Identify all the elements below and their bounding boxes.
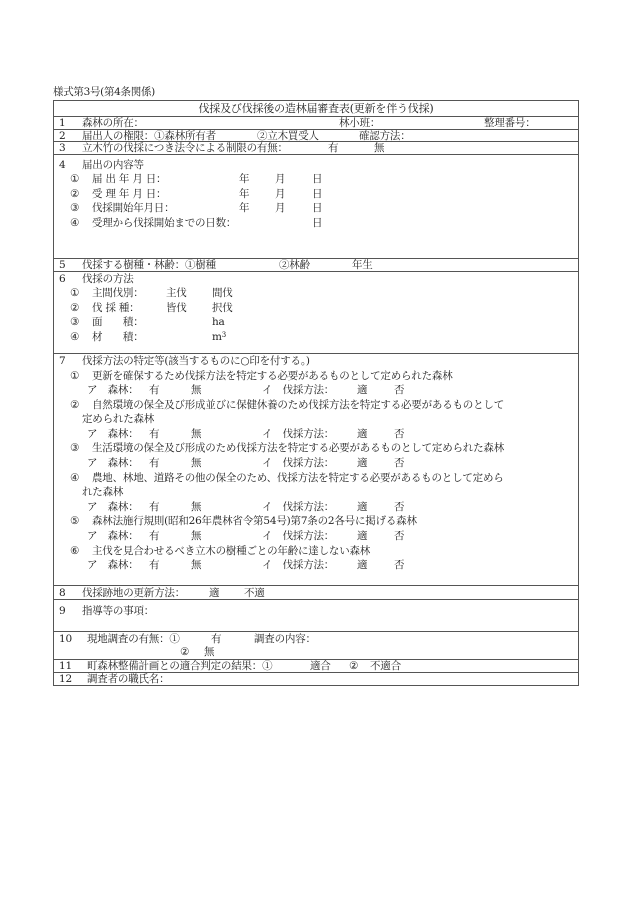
forest-yes-option[interactable]: 有 bbox=[149, 501, 159, 513]
forest-category-text: 更新を確保するため伐採方法を特定する必要があるものとして定められた森林 bbox=[92, 370, 453, 382]
method-label: イ 伐採方法： bbox=[262, 457, 334, 469]
forest-yes-option[interactable]: 有 bbox=[149, 530, 159, 542]
forest-no-option[interactable]: 無 bbox=[191, 384, 201, 396]
thinning-option[interactable]: 間伐 bbox=[212, 287, 233, 299]
forest-no-option[interactable]: 無 bbox=[191, 501, 201, 513]
forest-label: ア 森林： bbox=[87, 384, 139, 396]
row-regeneration-method: 8 伐採跡地の更新方法： 適 不適 bbox=[54, 585, 578, 599]
circled-number: ① bbox=[70, 173, 79, 185]
day-field[interactable]: 日 bbox=[312, 202, 322, 214]
area-label: 面 積： bbox=[92, 316, 144, 328]
felling-type-line: ② 伐 採 種： 皆伐 択伐 bbox=[54, 302, 578, 314]
conformity-ng-option[interactable]: 不適合 bbox=[370, 660, 401, 672]
method-label: イ 伐採方法： bbox=[262, 428, 334, 440]
method-label: イ 伐採方法： bbox=[262, 559, 334, 571]
volume-line: ④ 材 積： m3 bbox=[54, 331, 578, 343]
forest-method-options: ア 森林： 有 無 イ 伐採方法： 適 否 bbox=[54, 559, 578, 571]
method-ng-option[interactable]: 否 bbox=[394, 501, 404, 513]
row-plan-conformity: 11 町森林整備計画との適合判定の結果：① 適合 ② 不適合 bbox=[54, 659, 578, 672]
circled-number: ⑥ bbox=[70, 545, 79, 557]
circled-number: ③ bbox=[70, 442, 79, 454]
notification-details-label: 届出の内容等 bbox=[82, 159, 144, 171]
surveyor-name-field[interactable]: 調査者の職氏名： bbox=[87, 673, 169, 685]
row-forest-location: 1 森林の所在： 林小班： 整理番号： bbox=[54, 116, 578, 129]
sub-compartment-field[interactable]: 林小班： bbox=[339, 117, 380, 129]
days-until-felling-label: 受理から伐採開始までの日数： bbox=[92, 217, 236, 229]
forest-label: ア 森林： bbox=[87, 457, 139, 469]
circled-number: ① bbox=[70, 370, 79, 382]
regeneration-method-label: 伐採跡地の更新方法： bbox=[82, 587, 185, 599]
circled-number: ⑤ bbox=[70, 515, 79, 527]
forest-category-text: 生活環境の保全及び形成のため伐採方法を特定する必要があるものとして定められた森林 bbox=[92, 442, 504, 454]
method-ok-option[interactable]: 適 bbox=[357, 530, 367, 542]
row-felling-method: 6 伐採の方法 ① 主間伐別： 主伐 間伐 ② 伐 採 種： 皆伐 択伐 ③ 面… bbox=[54, 271, 578, 353]
forest-category-text: 自然環境の保全及び形成並びに保健休養のため伐採方法を特定する必要があるものとして bbox=[92, 399, 504, 411]
restriction-no-option[interactable]: 無 bbox=[374, 142, 384, 154]
age-unit-label: 年生 bbox=[352, 259, 373, 271]
circled-number: ① bbox=[70, 287, 79, 299]
receipt-date-line: ② 受 理 年 月 日： 年 月 日 bbox=[54, 188, 578, 200]
year-field[interactable]: 年 bbox=[239, 173, 249, 185]
tree-species-field[interactable]: 伐採する樹種・林齢：①樹種 bbox=[82, 259, 216, 271]
main-thinning-line: ① 主間伐別： 主伐 間伐 bbox=[54, 287, 578, 299]
selective-cut-option[interactable]: 択伐 bbox=[212, 302, 233, 314]
area-line: ③ 面 積： ha bbox=[54, 316, 578, 328]
method-ok-option[interactable]: 適 bbox=[357, 501, 367, 513]
row-legal-restriction: 3 立木竹の伐採につき法令による制限の有無： 有 無 bbox=[54, 141, 578, 154]
row-species-age: 5 伐採する樹種・林齢：①樹種 ②林齢 年生 bbox=[54, 258, 578, 271]
circled-number: ② bbox=[70, 188, 79, 200]
row-surveyor-name: 12 調査者の職氏名： bbox=[54, 672, 578, 685]
day-field[interactable]: 日 bbox=[312, 188, 322, 200]
clear-cut-option[interactable]: 皆伐 bbox=[166, 302, 187, 314]
method-label: イ 伐採方法： bbox=[262, 384, 334, 396]
forest-label: ア 森林： bbox=[87, 559, 139, 571]
volume-label: 材 積： bbox=[92, 331, 144, 343]
row-notification-details: 4 届出の内容等 ① 届 出 年 月 日： 年 月 日 ② 受 理 年 月 日：… bbox=[54, 154, 578, 258]
notification-date-label: 届 出 年 月 日： bbox=[92, 173, 166, 185]
survey-no-option[interactable]: 無 bbox=[204, 646, 214, 658]
felling-start-date-line: ③ 伐採開始年月日： 年 月 日 bbox=[54, 202, 578, 214]
forest-no-option[interactable]: 無 bbox=[191, 530, 201, 542]
notification-date-line: ① 届 出 年 月 日： 年 月 日 bbox=[54, 173, 578, 185]
row-number: 5 bbox=[59, 259, 65, 271]
circled-number: ② bbox=[70, 302, 79, 314]
forest-category-text: 農地、林地、道路その他の保全のため、伐採方法を特定する必要があるものとして定めら bbox=[92, 472, 504, 484]
regeneration-ng-option[interactable]: 不適 bbox=[244, 587, 265, 599]
forest-category-text-cont: れた森林 bbox=[82, 486, 123, 498]
method-ok-option[interactable]: 適 bbox=[357, 457, 367, 469]
row-number: 9 bbox=[59, 605, 65, 617]
month-field[interactable]: 月 bbox=[275, 173, 285, 185]
row-number: 1 bbox=[59, 117, 65, 129]
forest-label: ア 森林： bbox=[87, 501, 139, 513]
method-label: イ 伐採方法： bbox=[262, 530, 334, 542]
survey-content-field[interactable]: 調査の内容： bbox=[254, 633, 316, 645]
forest-yes-option[interactable]: 有 bbox=[149, 384, 159, 396]
circled-number: ② bbox=[70, 399, 79, 411]
method-ng-option[interactable]: 否 bbox=[394, 457, 404, 469]
forest-method-options: ア 森林： 有 無 イ 伐採方法： 適 否 bbox=[54, 530, 578, 542]
forest-label: ア 森林： bbox=[87, 530, 139, 542]
month-field[interactable]: 月 bbox=[275, 202, 285, 214]
circled-number: ③ bbox=[70, 316, 79, 328]
method-label: イ 伐採方法： bbox=[262, 501, 334, 513]
row-number: 10 bbox=[59, 633, 72, 645]
row-method-specification: 7 伐採方法の特定等(該当するものに○印を付する。) ①更新を確保するため伐採方… bbox=[54, 353, 578, 585]
circled-number: ② bbox=[180, 646, 189, 658]
row-site-survey: 10 現地調査の有無：① 有 調査の内容： ② 無 bbox=[54, 631, 578, 659]
forest-method-options: ア 森林： 有 無 イ 伐採方法： 適 否 bbox=[54, 384, 578, 396]
month-field[interactable]: 月 bbox=[275, 188, 285, 200]
forest-method-options: ア 森林： 有 無 イ 伐採方法： 適 否 bbox=[54, 457, 578, 469]
survey-yes-option[interactable]: 有 bbox=[211, 633, 221, 645]
forest-yes-option[interactable]: 有 bbox=[149, 428, 159, 440]
restriction-yes-option[interactable]: 有 bbox=[328, 142, 338, 154]
forest-no-option[interactable]: 無 bbox=[191, 559, 201, 571]
forest-no-option[interactable]: 無 bbox=[191, 457, 201, 469]
guidance-notes-field[interactable]: 指導等の事項： bbox=[82, 605, 154, 617]
forest-category-text-cont: 定められた森林 bbox=[82, 413, 154, 425]
circled-number: ③ bbox=[70, 202, 79, 214]
felling-type-label: 伐 採 種： bbox=[92, 302, 139, 314]
day-field[interactable]: 日 bbox=[312, 173, 322, 185]
method-ng-option[interactable]: 否 bbox=[394, 559, 404, 571]
method-specification-label: 伐採方法の特定等(該当するものに○印を付する。) bbox=[82, 355, 310, 367]
legal-restriction-label: 立木竹の伐採につき法令による制限の有無： bbox=[82, 142, 288, 154]
method-ok-option[interactable]: 適 bbox=[357, 559, 367, 571]
method-ng-option[interactable]: 否 bbox=[394, 428, 404, 440]
forest-no-option[interactable]: 無 bbox=[191, 428, 201, 440]
row-notifier-authority: 2 届出人の権限：①森林所有者 ②立木買受人 確認方法： bbox=[54, 129, 578, 141]
form-caption: 様式第3号(第4条関係) bbox=[53, 86, 155, 99]
circled-number: ④ bbox=[70, 217, 79, 229]
forest-category-text: 森林法施行規則(昭和26年農林省令第54号)第7条の2各号に掲げる森林 bbox=[92, 515, 417, 527]
review-form-table: 伐採及び伐採後の造林届審査表(更新を伴う伐採) 1 森林の所在： 林小班： 整理… bbox=[53, 100, 579, 686]
row-guidance-notes[interactable]: 9 指導等の事項： bbox=[54, 599, 578, 631]
row-number: 4 bbox=[59, 159, 65, 171]
days-field[interactable]: 日 bbox=[312, 217, 322, 229]
felling-method-label: 伐採の方法 bbox=[82, 273, 134, 285]
forest-method-options: ア 森林： 有 無 イ 伐採方法： 適 否 bbox=[54, 428, 578, 440]
year-field[interactable]: 年 bbox=[239, 202, 249, 214]
forest-yes-option[interactable]: 有 bbox=[149, 559, 159, 571]
plan-conformity-label: 町森林整備計画との適合判定の結果：① bbox=[87, 660, 272, 672]
circled-number: ④ bbox=[70, 472, 79, 484]
receipt-date-label: 受 理 年 月 日： bbox=[92, 188, 166, 200]
felling-start-date-label: 伐採開始年月日： bbox=[92, 202, 174, 214]
year-field[interactable]: 年 bbox=[239, 188, 249, 200]
conformity-ok-option[interactable]: 適合 bbox=[310, 660, 331, 672]
method-ng-option[interactable]: 否 bbox=[394, 530, 404, 542]
stand-age-field[interactable]: ②林齢 bbox=[279, 259, 310, 271]
row-number: 11 bbox=[59, 660, 72, 672]
forest-method-options: ア 森林： 有 無 イ 伐採方法： 適 否 bbox=[54, 501, 578, 513]
forest-label: ア 森林： bbox=[87, 428, 139, 440]
forest-location-field[interactable]: 森林の所在： bbox=[82, 117, 144, 129]
reference-number-field[interactable]: 整理番号： bbox=[484, 117, 536, 129]
row-number: 8 bbox=[59, 587, 65, 599]
forest-yes-option[interactable]: 有 bbox=[149, 457, 159, 469]
site-survey-label: 現地調査の有無：① bbox=[87, 633, 180, 645]
method-ok-option[interactable]: 適 bbox=[357, 384, 367, 396]
main-thinning-label: 主間伐別： bbox=[92, 287, 144, 299]
volume-unit-field[interactable]: m3 bbox=[212, 331, 226, 343]
regeneration-ok-option[interactable]: 適 bbox=[209, 587, 219, 599]
area-unit-field[interactable]: ha bbox=[212, 316, 225, 328]
method-ok-option[interactable]: 適 bbox=[357, 428, 367, 440]
row-number: 6 bbox=[59, 273, 65, 285]
circled-number: ② bbox=[349, 660, 358, 672]
form-title: 伐採及び伐採後の造林届審査表(更新を伴う伐採) bbox=[54, 101, 578, 116]
circled-number: ④ bbox=[70, 331, 79, 343]
forest-category-text: 主伐を見合わせるべき立木の樹種ごとの年齢に達しない森林 bbox=[92, 545, 370, 557]
row-number: 3 bbox=[59, 142, 65, 154]
row-number: 12 bbox=[59, 673, 72, 685]
main-felling-option[interactable]: 主伐 bbox=[166, 287, 187, 299]
method-ng-option[interactable]: 否 bbox=[394, 384, 404, 396]
days-until-felling-line: ④ 受理から伐採開始までの日数： 日 bbox=[54, 217, 578, 229]
row-number: 7 bbox=[59, 355, 65, 367]
